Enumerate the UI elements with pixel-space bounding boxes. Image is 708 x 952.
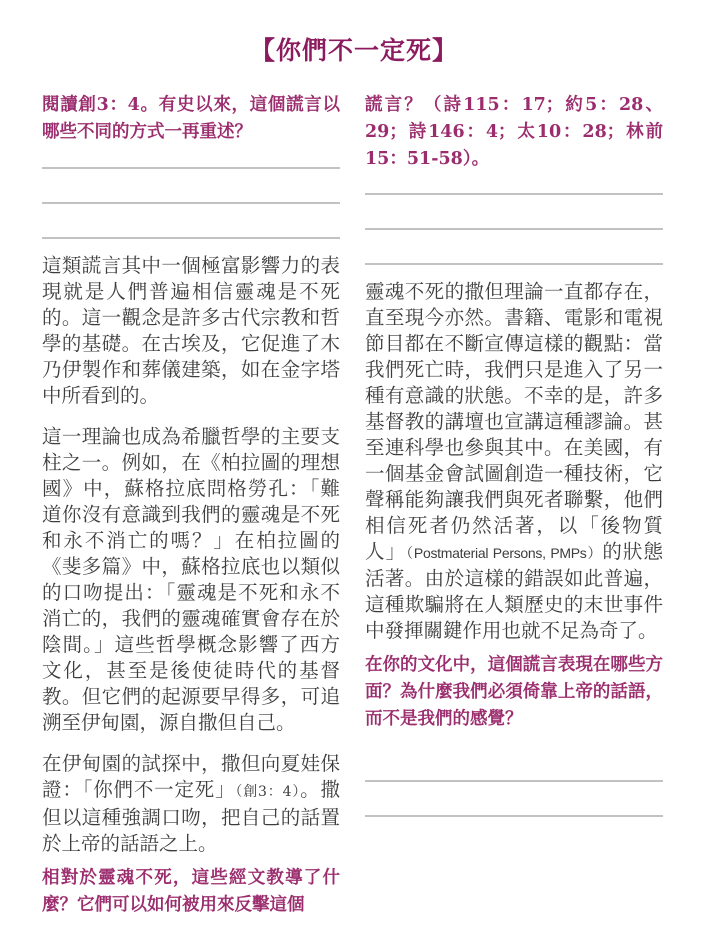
bible-reference: （創3：4） [235,784,300,800]
document-page: 【你們不一定死】 閱讀創3：4。有史以來，這個謊言以哪些不同的方式一再重述？ 這… [0,0,708,952]
answer-line [365,173,663,195]
right-column: 謊言？（詩115：17；約5：28、29；詩146：4；太10：28；林前15：… [365,92,663,919]
paragraph-modern-deception: 靈魂不死的撒但理論一直都存在，直至現今亦然。書籍、電影和電視節目都在不斷宣傳這樣… [365,279,663,644]
answer-lines-group-2 [365,173,663,265]
text-segment: 靈魂不死的撒但理論一直都存在，直至現今亦然。書籍、電影和電視節目都在不斷宣傳這樣… [365,281,663,563]
page-title: 【你們不一定死】 [0,0,708,67]
two-column-layout: 閱讀創3：4。有史以來，這個謊言以哪些不同的方式一再重述？ 這類謊言其中一個極富… [0,92,708,919]
answer-line [365,733,663,782]
answer-line [365,230,663,265]
left-column: 閱讀創3：4。有史以來，這個謊言以哪些不同的方式一再重述？ 這類謊言其中一個極富… [42,92,340,919]
question-scriptures-teach-continued: 謊言？（詩115：17；約5：28、29；詩146：4；太10：28；林前15：… [365,92,663,173]
answer-line [42,204,340,239]
paragraph-greek-philosophy: 這一理論也成為希臘哲學的主要支柱之一。例如，在《柏拉圖的理想國》中，蘇格拉底問格… [42,424,340,736]
question-read-genesis-3-4: 閱讀創3：4。有史以來，這個謊言以哪些不同的方式一再重述？ [42,92,340,146]
question-scriptures-teach: 相對於靈魂不死，這些經文教導了什麼？它們可以如何被用來反擊這個 [42,865,340,919]
answer-line [365,782,663,817]
question-culture-manifestation: 在你的文化中，這個謊言表現在哪些方面？為什麼我們必須倚靠上帝的話語，而不是我們的… [365,652,663,733]
answer-lines-group-1 [42,146,340,239]
answer-line [42,169,340,204]
paragraph-immortal-soul-belief: 這類謊言其中一個極富影響力的表現就是人們普遍相信靈魂是不死的。這一觀念是許多古代… [42,253,340,409]
paragraph-eden-temptation: 在伊甸園的試探中，撒但向夏娃保證：「你們不一定死」（創3：4）。撒但以這種強調口… [42,751,340,857]
postmaterial-persons-term: （Postmaterial Persons, PMPs） [406,545,602,561]
answer-line [365,195,663,230]
answer-lines-group-3 [365,733,663,817]
answer-line [42,146,340,169]
